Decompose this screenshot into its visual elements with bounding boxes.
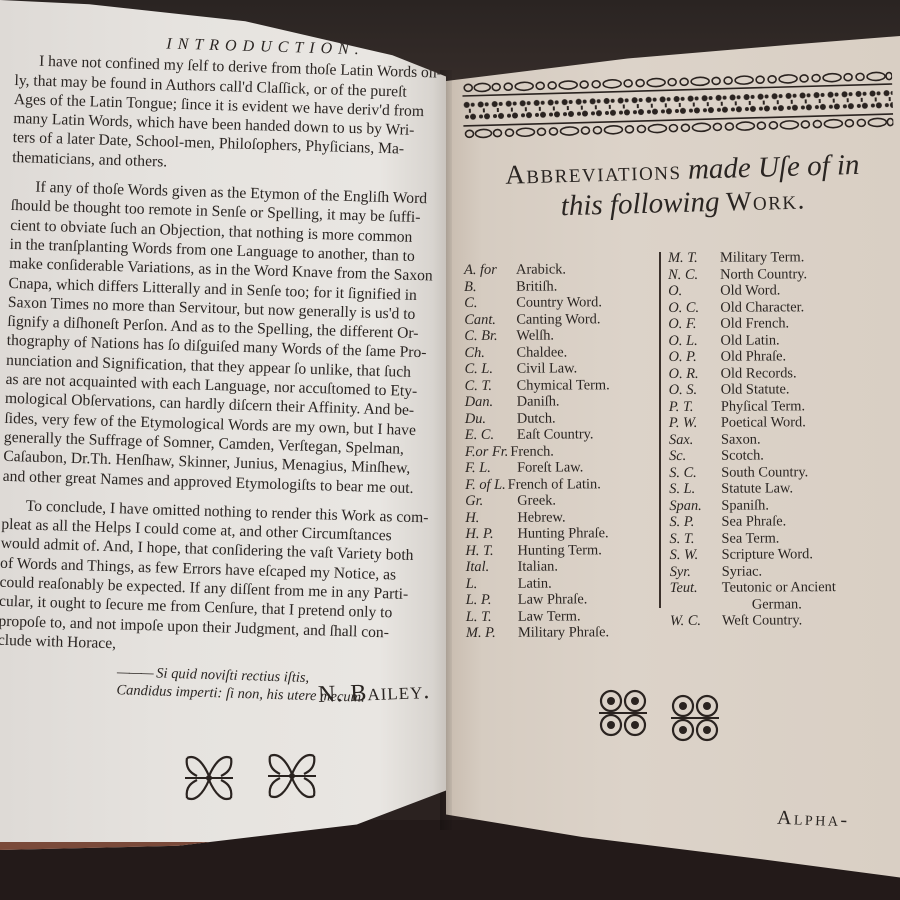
paragraph-1: I have not confined my ſelf to derive fr… xyxy=(12,51,446,180)
abbreviation-key: L. xyxy=(466,575,518,592)
abbreviation-key: P. W. xyxy=(669,415,721,432)
paragraph-2: If any of thoſe Words given as the Etymo… xyxy=(2,177,446,499)
abbreviation-key: Cant. xyxy=(464,311,516,328)
title-abbreviations: Abbreviations xyxy=(505,155,682,190)
abbreviation-meaning: Old Character. xyxy=(720,299,804,316)
fleuron-icon xyxy=(669,692,721,744)
abbreviation-row: Cant.Canting Word. xyxy=(464,311,654,328)
abbreviation-row: Sax.Saxon. xyxy=(669,430,899,448)
quote-line-1: Si quid noviſti rectius iſtis, xyxy=(156,666,309,687)
abbreviation-row: O. P.Old Phraſe. xyxy=(669,348,899,366)
abbreviation-row: L.Latin. xyxy=(466,575,656,592)
abbreviation-row: M. P.Military Phraſe. xyxy=(466,624,656,641)
abbreviation-row: S. W.Scripture Word. xyxy=(670,546,900,564)
abbreviation-key: Sax. xyxy=(669,431,721,448)
fleuron-icon xyxy=(266,750,318,802)
abbreviation-meaning: Old Records. xyxy=(721,365,797,382)
abbreviation-meaning: Dutch. xyxy=(517,410,556,427)
abbreviation-row: C. T.Chymical Term. xyxy=(465,377,655,394)
abbreviation-meaning: Hunting Term. xyxy=(517,542,601,559)
signature-initial: N. xyxy=(318,681,344,708)
abbreviation-key: A. for xyxy=(464,262,516,279)
abbreviation-meaning: Daniſh. xyxy=(517,394,560,411)
abbreviation-meaning: Chaldee. xyxy=(516,344,567,361)
abbreviation-meaning: Scotch. xyxy=(721,448,764,465)
abbreviation-key: E. C. xyxy=(465,427,517,444)
title-work: Work. xyxy=(726,184,807,216)
abbreviation-key: Span. xyxy=(669,497,721,514)
abbreviation-key: H. T. xyxy=(465,542,517,559)
abbreviation-row: O.Old Word. xyxy=(668,282,898,300)
abbreviation-row: F. of L.French of Latin. xyxy=(465,476,655,493)
abbreviation-key: C. T. xyxy=(465,377,517,394)
abbreviation-key: B. xyxy=(464,278,516,295)
abbreviation-row: Sc.Scotch. xyxy=(669,447,899,465)
abbreviation-key: F. of L. xyxy=(465,476,506,493)
abbreviation-key: H. xyxy=(465,509,517,526)
abbreviation-meaning: Law Phraſe. xyxy=(518,591,588,608)
abbreviation-key: Dan. xyxy=(465,394,517,411)
abbreviation-meaning: Law Term. xyxy=(518,608,581,625)
abbreviation-meaning: Military Term. xyxy=(720,249,804,266)
abbreviation-meaning: Military Phraſe. xyxy=(518,624,609,641)
abbreviation-key: F.or Fr. xyxy=(465,443,508,460)
abbreviation-meaning: Saxon. xyxy=(721,431,761,448)
fleuron-icon xyxy=(183,752,235,804)
abbreviation-row: A. forArabick. xyxy=(464,261,654,278)
abbreviation-row: Syr.Syriac. xyxy=(670,562,900,580)
abbreviation-meaning: Arabick. xyxy=(516,261,566,278)
abbreviation-key: Gr. xyxy=(465,493,517,510)
abbreviation-row: Ital.Italian. xyxy=(466,558,656,575)
abbreviation-meaning: Scripture Word. xyxy=(722,546,813,563)
abbreviation-key: O. R. xyxy=(669,365,721,382)
abbreviation-meaning: Latin. xyxy=(518,575,552,592)
abbreviation-row: E. C.Eaſt Country. xyxy=(465,426,655,443)
abbreviation-row: Ch.Chaldee. xyxy=(464,344,654,361)
abbreviation-row: P. W.Poetical Word. xyxy=(669,414,899,432)
abbreviation-row: L. P.Law Phraſe. xyxy=(466,591,656,608)
abbreviation-meaning: North Country. xyxy=(720,266,807,283)
abbreviation-row: F. L.Foreſt Law. xyxy=(465,459,655,476)
abbreviation-key: S. C. xyxy=(669,464,721,481)
abbreviation-meaning: French. xyxy=(510,443,554,460)
abbreviation-key: C. xyxy=(464,295,516,312)
abbreviation-meaning: Old Latin. xyxy=(720,332,779,349)
abbreviation-row: H.Hebrew. xyxy=(465,509,655,526)
abbreviation-meaning: Teutonic or Ancient xyxy=(722,579,836,596)
abbreviation-row: Gr.Greek. xyxy=(465,492,655,509)
abbreviation-key: M. P. xyxy=(466,625,518,642)
abbreviation-row: W. C.Weſt Country. xyxy=(670,612,900,630)
abbreviation-key: L. T. xyxy=(466,608,518,625)
abbreviation-row: Dan.Daniſh. xyxy=(465,393,655,410)
abbreviation-meaning: Civil Law. xyxy=(517,360,578,377)
abbreviation-meaning: Hebrew. xyxy=(517,509,565,526)
left-page: INTRODUCTION. I have not confined my ſel… xyxy=(0,0,446,850)
abbreviation-key: F. L. xyxy=(465,460,517,477)
abbreviation-list-column-1: A. forArabick.B.Britiſh.C.Country Word.C… xyxy=(464,261,656,641)
abbreviation-meaning: Foreſt Law. xyxy=(517,459,583,476)
signature-name: Bailey. xyxy=(350,678,431,707)
paragraph-3: To conclude, I have omitted nothing to r… xyxy=(0,496,442,663)
abbreviation-row: C. L.Civil Law. xyxy=(465,360,655,377)
abbreviation-meaning: Sea Term. xyxy=(721,530,779,547)
abbreviation-meaning-continuation: German. xyxy=(670,595,900,613)
abbreviation-meaning: South Country. xyxy=(721,464,808,481)
abbreviation-key: P. T. xyxy=(669,398,721,415)
abbreviation-key: C. Br. xyxy=(464,328,516,345)
abbreviation-meaning: Statute Law. xyxy=(721,480,793,497)
abbreviation-row: C. Br.Welſh. xyxy=(464,327,654,344)
abbreviation-meaning: French of Latin. xyxy=(508,476,601,493)
abbreviation-row: Teut.Teutonic or Ancient xyxy=(670,579,900,597)
abbreviation-key: Sc. xyxy=(669,448,721,465)
abbreviation-key: W. C. xyxy=(670,613,722,630)
abbreviation-key: H. P. xyxy=(465,526,517,543)
catchword-right: Alpha- xyxy=(777,807,850,833)
abbreviation-meaning: Britiſh. xyxy=(516,278,557,295)
column-divider xyxy=(659,252,661,608)
abbreviation-row: S. C.South Country. xyxy=(669,463,899,481)
abbreviation-row: S. L.Statute Law. xyxy=(669,480,899,498)
abbreviation-meaning: Old Statute. xyxy=(721,381,790,398)
abbreviation-row: C.Country Word. xyxy=(464,294,654,311)
title-this-following: this following xyxy=(560,186,720,222)
title-made-use-of: made Uſe of in xyxy=(687,149,859,186)
abbreviation-key: Du. xyxy=(465,410,517,427)
abbreviation-row: L. T.Law Term. xyxy=(466,608,656,625)
abbreviation-key: S. W. xyxy=(670,547,722,564)
abbreviation-key: M. T. xyxy=(668,250,720,267)
abbreviation-key: Teut. xyxy=(670,580,722,597)
abbreviations-title: Abbreviations made Uſe of in this follow… xyxy=(462,148,900,226)
introduction-text: INTRODUCTION. I have not confined my ſel… xyxy=(0,30,446,709)
abbreviation-row: O. C.Old Character. xyxy=(668,298,898,316)
abbreviation-key: O. xyxy=(668,283,720,300)
abbreviation-row: H. T.Hunting Term. xyxy=(465,542,655,559)
abbreviation-meaning: Greek. xyxy=(517,493,556,510)
abbreviation-meaning: Spaniſh. xyxy=(721,497,769,514)
abbreviation-meaning: Old Word. xyxy=(720,282,780,299)
abbreviation-row: M. T.Military Term. xyxy=(668,249,898,267)
fleuron-icon xyxy=(597,687,649,739)
abbreviation-meaning: Chymical Term. xyxy=(517,377,610,394)
abbreviation-key: Ital. xyxy=(466,559,518,576)
abbreviation-meaning: Welſh. xyxy=(516,328,554,345)
abbreviation-row: B.Britiſh. xyxy=(464,278,654,295)
abbreviation-row: Du.Dutch. xyxy=(465,410,655,427)
abbreviation-key: S. T. xyxy=(669,530,721,547)
abbreviation-row: O. F.Old French. xyxy=(668,315,898,333)
abbreviation-meaning: Country Word. xyxy=(516,294,602,311)
author-signature: N. Bailey. xyxy=(318,678,431,709)
abbreviation-meaning: Canting Word. xyxy=(516,311,600,328)
abbreviation-row: S. P.Sea Phraſe. xyxy=(669,513,899,531)
abbreviation-meaning: Italian. xyxy=(518,559,558,576)
abbreviation-meaning: Old French. xyxy=(720,315,789,332)
abbreviation-row: H. P.Hunting Phraſe. xyxy=(465,525,655,542)
abbreviation-key: S. P. xyxy=(669,514,721,531)
abbreviation-key: O. F. xyxy=(668,316,720,333)
abbreviation-row: P. T.Phyſical Term. xyxy=(669,397,899,415)
abbreviation-row: F.or Fr.French. xyxy=(465,443,655,460)
abbreviation-meaning: Weſt Country. xyxy=(722,612,802,629)
abbreviation-meaning: Poetical Word. xyxy=(721,414,806,431)
header-border-icon xyxy=(462,68,894,142)
quote-dash: ——— xyxy=(117,664,153,681)
abbreviation-key: Ch. xyxy=(464,344,516,361)
abbreviation-key: O. P. xyxy=(669,349,721,366)
abbreviation-key: O. C. xyxy=(668,299,720,316)
abbreviation-key: C. L. xyxy=(465,361,517,378)
abbreviation-row: N. C.North Country. xyxy=(668,265,898,283)
abbreviation-key: O. S. xyxy=(669,382,721,399)
abbreviation-list-column-2: M. T.Military Term.N. C.North Country.O.… xyxy=(668,249,900,630)
abbreviation-key: Syr. xyxy=(670,563,722,580)
abbreviation-meaning: Old Phraſe. xyxy=(721,348,787,365)
abbreviation-row: S. T.Sea Term. xyxy=(669,529,899,547)
abbreviation-meaning: Sea Phraſe. xyxy=(721,513,786,530)
abbreviation-row: Span.Spaniſh. xyxy=(669,496,899,514)
abbreviation-meaning: Eaſt Country. xyxy=(517,426,594,443)
abbreviation-key: S. L. xyxy=(669,481,721,498)
abbreviation-row: O. S.Old Statute. xyxy=(669,381,899,399)
abbreviation-meaning: Phyſical Term. xyxy=(721,398,805,415)
abbreviation-row: O. R.Old Records. xyxy=(669,364,899,382)
abbreviation-meaning: Hunting Phraſe. xyxy=(517,525,608,542)
abbreviation-key: O. L. xyxy=(668,332,720,349)
abbreviation-key: N. C. xyxy=(668,266,720,283)
abbreviation-meaning: Syriac. xyxy=(722,563,762,580)
abbreviation-row: O. L.Old Latin. xyxy=(668,331,898,349)
abbreviation-key: L. P. xyxy=(466,592,518,609)
